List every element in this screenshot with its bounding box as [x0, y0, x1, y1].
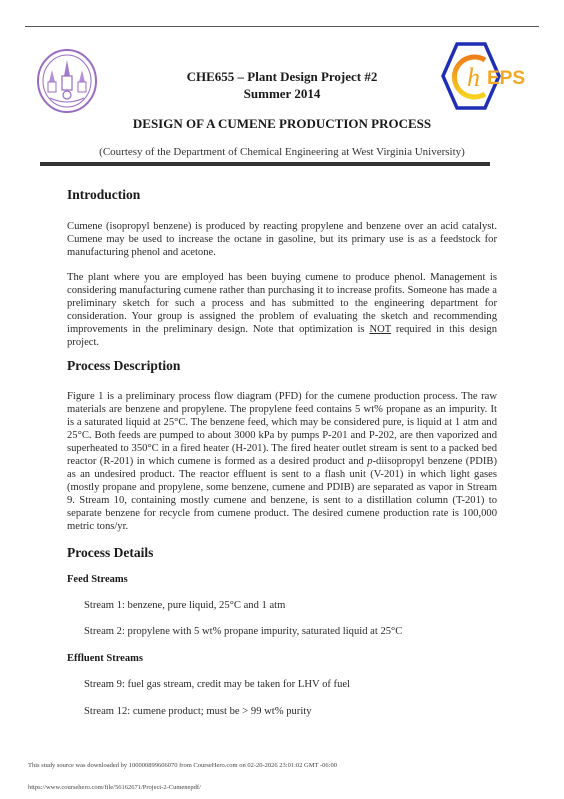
term: Summer 2014	[0, 86, 564, 102]
not-emphasis: NOT	[369, 324, 391, 335]
source-url[interactable]: https://www.coursehero.com/file/56162671…	[28, 784, 201, 791]
process-description-paragraph: Figure 1 is a preliminary process flow d…	[67, 390, 497, 533]
download-notice: This study source was downloaded by 1000…	[28, 762, 337, 769]
course-title: CHE655 – Plant Design Project #2	[0, 69, 564, 85]
feed-streams-heading: Feed Streams	[67, 574, 128, 585]
document-title: DESIGN OF A CUMENE PRODUCTION PROCESS	[0, 116, 564, 132]
effluent-streams-heading: Effluent Streams	[67, 653, 143, 664]
feed-stream-2: Stream 2: propylene with 5 wt% propane i…	[84, 626, 402, 637]
courtesy-line: (Courtesy of the Department of Chemical …	[0, 146, 564, 158]
introduction-paragraph-1: Cumene (isopropyl benzene) is produced b…	[67, 220, 497, 259]
effluent-stream-12: Stream 12: cumene product; must be > 99 …	[84, 706, 312, 717]
feed-stream-1: Stream 1: benzene, pure liquid, 25°C and…	[84, 600, 285, 611]
effluent-stream-9: Stream 9: fuel gas stream, credit may be…	[84, 679, 350, 690]
pd-text-end: -diisopropyl benzene (PDIB) as an undesi…	[67, 456, 497, 532]
top-rule	[25, 26, 539, 27]
introduction-heading: Introduction	[67, 187, 140, 203]
process-details-heading: Process Details	[67, 545, 153, 561]
process-description-heading: Process Description	[67, 358, 180, 374]
title-rule	[40, 162, 490, 166]
introduction-paragraph-2: The plant where you are employed has bee…	[67, 271, 497, 349]
